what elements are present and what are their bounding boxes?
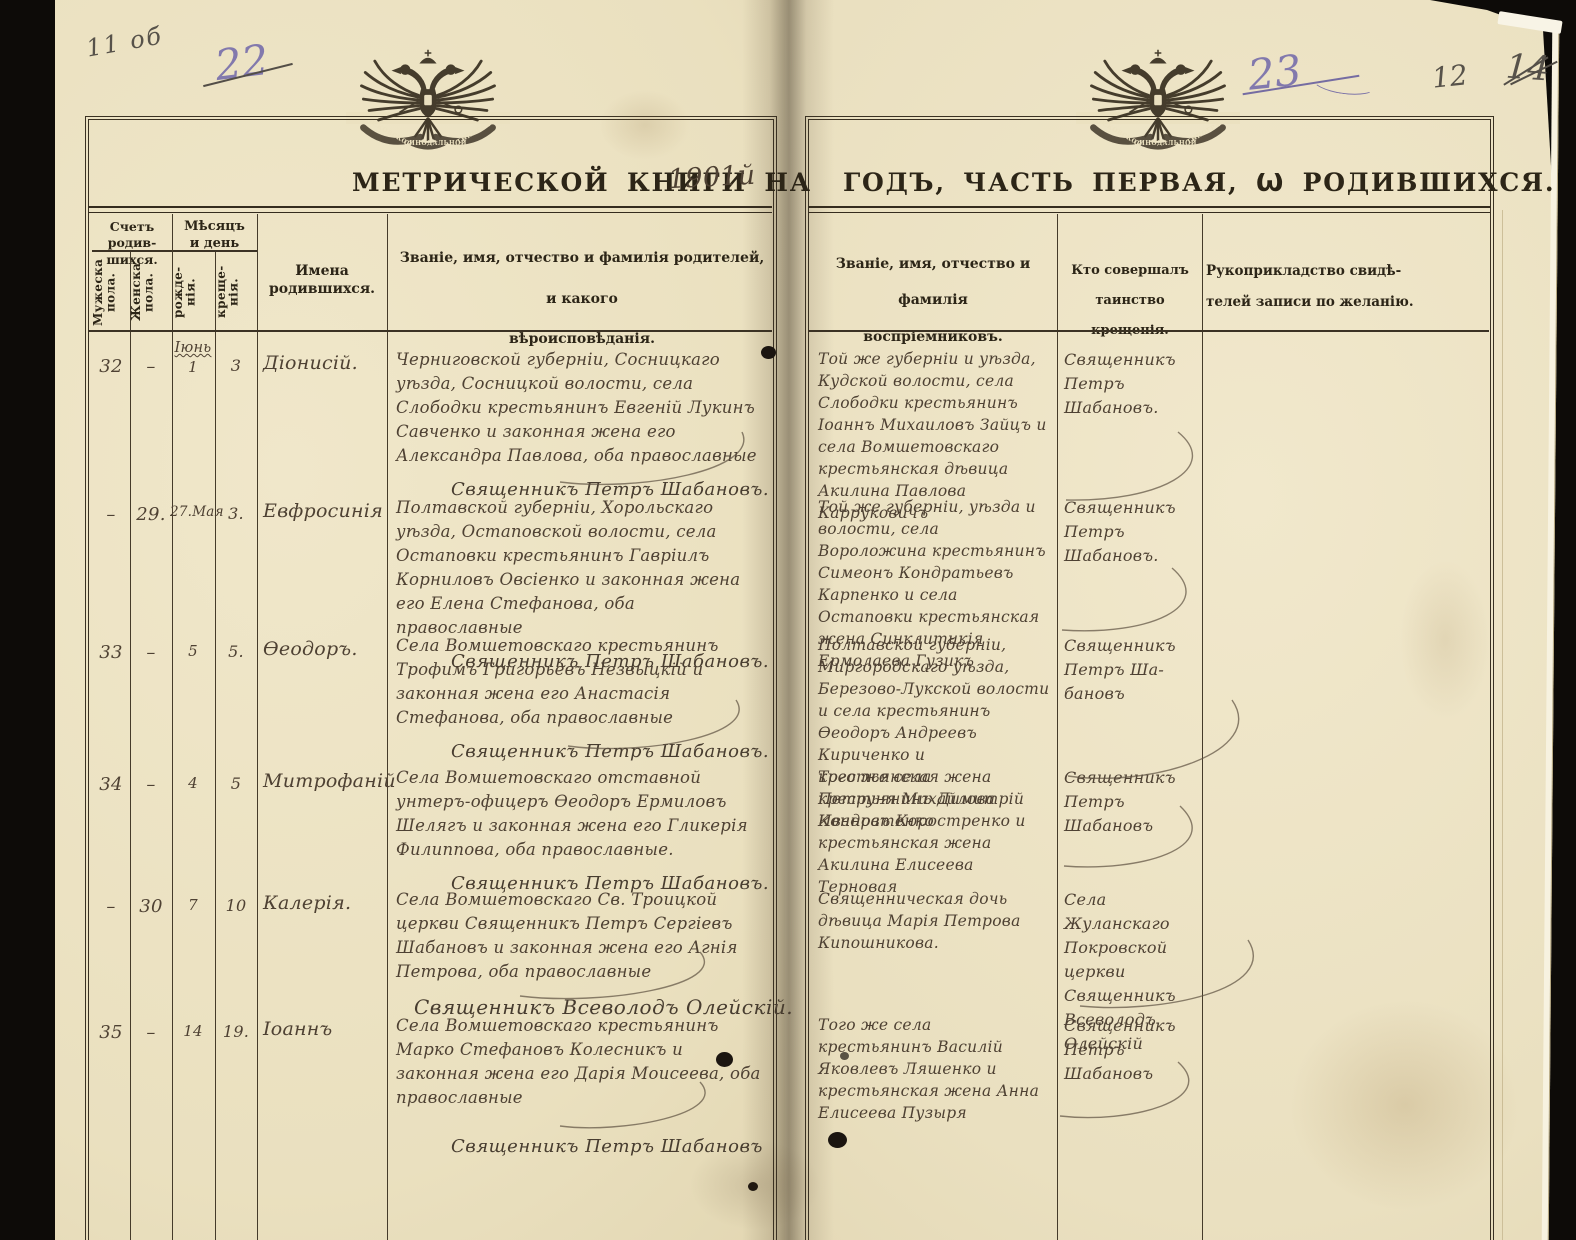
- record-baptism-date: 5: [215, 774, 257, 793]
- record-baptism-date: 3: [215, 356, 257, 375]
- record-parents: Села Вомшетовскаго отставной унтеръ-офиц…: [396, 766, 766, 897]
- record-baptism-date: 3.: [215, 504, 257, 523]
- grid-line: [1057, 214, 1058, 1240]
- record-name: Ѳеодоръ.: [263, 638, 381, 660]
- record-birth-date: 14: [170, 1022, 216, 1040]
- ink-blot: [748, 1182, 758, 1191]
- grid-line: [130, 252, 131, 1240]
- title-rule-left: [88, 206, 772, 213]
- column-header-birth-date: рожде-нія.: [172, 255, 215, 329]
- record-parents: Села Вомшетовскаго Св. Троицкой церкви С…: [396, 888, 766, 1022]
- month-label: Іюнь: [170, 340, 216, 356]
- record-birth-date: Іюнь 1: [170, 340, 216, 376]
- record-godparents: Того же села крестьянинъ Василій Яковлев…: [818, 1014, 1050, 1124]
- record-name: Іоаннъ: [263, 1018, 381, 1040]
- record-name: Митрофаній: [263, 770, 381, 792]
- ink-blot: [828, 1132, 847, 1148]
- column-header-date-group: Мѣсяцъи день: [172, 219, 257, 253]
- handwritten-year: 1901й: [667, 160, 756, 196]
- record-priest: Священникъ Петръ Шабановъ: [1064, 1014, 1196, 1086]
- column-header-baptism-date: креще-нія.: [215, 255, 257, 329]
- column-header-godparents: Званіе, имя, отчество и фамиліявоспріемн…: [818, 246, 1048, 355]
- record-godparents: Священническая дочь дѣвица Марія Петрова…: [818, 888, 1050, 954]
- record-male-count: –: [92, 504, 130, 525]
- page-title-right: ГОДЪ, ЧАСТЬ ПЕРВАЯ, Ѡ РОДИВШИХСЯ.: [843, 168, 1555, 197]
- grid-line: [215, 252, 216, 1240]
- priest-signature: Священникъ Петръ Шабановъ: [396, 1134, 766, 1160]
- record-female-count: –: [130, 1022, 172, 1043]
- record-name: Калерія.: [263, 892, 381, 914]
- record-birth-date: 27.Мая: [170, 504, 216, 520]
- ink-blot: [761, 346, 776, 359]
- record-male-count: 35: [92, 1022, 130, 1043]
- column-header-priest: Кто совершалъ таинствокрещенія.: [1060, 256, 1200, 346]
- record-parents: Черниговской губерніи, Сосницкаго уѣзда,…: [396, 348, 766, 503]
- record-female-count: –: [130, 642, 172, 663]
- record-priest: Священникъ Петръ Шабановъ: [1064, 766, 1196, 838]
- record-name: Евфросинія: [263, 500, 381, 522]
- pencil-folio-right: 12: [1430, 58, 1469, 95]
- header-bottom-rule-right: [809, 330, 1489, 332]
- record-name: Діонисій.: [263, 352, 381, 374]
- column-header-female-count: Женскапола.: [130, 255, 172, 329]
- column-header-male-count: Мужескапола.: [92, 255, 130, 329]
- grid-line: [387, 214, 388, 1240]
- column-header-names: Имена родившихся.: [257, 262, 387, 298]
- record-birth-date: 7: [170, 896, 216, 914]
- record-baptism-date: 10: [215, 896, 257, 915]
- record-female-count: 29.: [130, 504, 172, 525]
- record-birth-date: 5: [170, 642, 216, 660]
- grid-line: [92, 250, 257, 252]
- record-baptism-date: 19.: [215, 1022, 257, 1041]
- record-female-count: –: [130, 774, 172, 795]
- grid-line: [1202, 214, 1203, 1240]
- header-bottom-rule-left: [89, 330, 772, 332]
- record-priest: Священникъ Петръ Шабановъ.: [1064, 496, 1196, 568]
- title-rule-right: [808, 206, 1490, 213]
- record-birth-date: 4: [170, 774, 216, 792]
- under-page-edge: [1502, 210, 1503, 1240]
- ink-blot: [716, 1052, 733, 1067]
- ink-blot: [840, 1052, 849, 1060]
- record-male-count: 34: [92, 774, 130, 795]
- column-header-witnesses: Рукоприкладство свидѣ-телей записи по же…: [1206, 256, 1488, 318]
- record-male-count: 32: [92, 356, 130, 377]
- record-priest: Священникъ Петръ Ша-бановъ: [1064, 634, 1196, 706]
- record-baptism-date: 5.: [215, 642, 257, 661]
- priest-signature: Священникъ Петръ Шабановъ.: [396, 739, 766, 765]
- record-female-count: 30: [130, 896, 172, 917]
- record-male-count: –: [92, 896, 130, 917]
- record-male-count: 33: [92, 642, 130, 663]
- record-parents: Села Вомшетовскаго крестьянинъ Марко Сте…: [396, 1014, 766, 1160]
- record-parents: Села Вомшетовскаго крестьянинъ Трофимъ Г…: [396, 634, 766, 765]
- metrical-book-scan: 11 об 22 23 12 14: [0, 0, 1576, 1240]
- record-priest: Священникъ Петръ Шабановъ.: [1064, 348, 1196, 420]
- record-godparents: Того же села крестьянинъ Димитрій Иванов…: [818, 766, 1050, 898]
- record-female-count: –: [130, 356, 172, 377]
- column-header-parents: Званіе, имя, отчество и фамилія родителе…: [398, 238, 766, 360]
- grid-line: [257, 214, 258, 1240]
